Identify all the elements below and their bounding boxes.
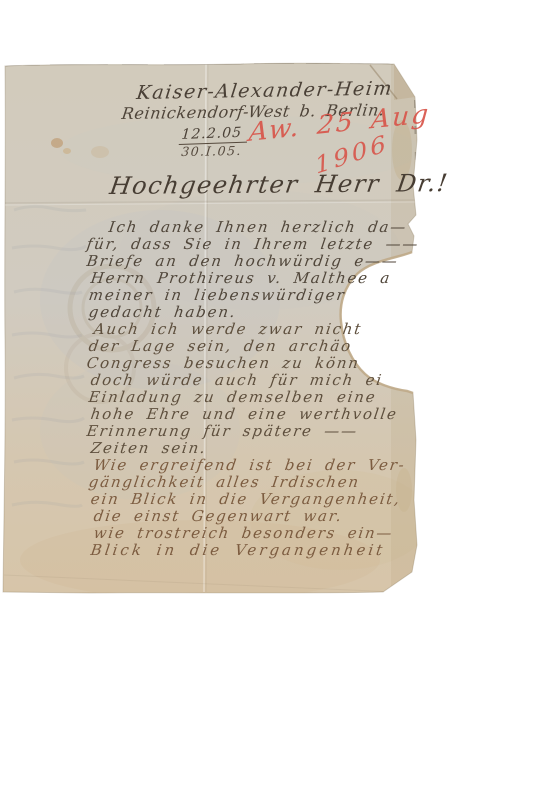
body-line: wie trostreich besonders ein— <box>93 525 421 542</box>
letter-body: Ich danke Ihnen herzlich da— für, dass S… <box>86 219 420 559</box>
body-line: Blick in die Vergangenheit <box>90 542 421 559</box>
header-date-secondary: 30.I.05. <box>181 143 243 159</box>
body-line: gänglichkeit alles Irdischen <box>88 474 421 491</box>
scan-background: Kaiser-Alexander-Heim Reinickendorf-West… <box>0 0 549 800</box>
body-line: Zeiten sein. <box>90 440 421 457</box>
body-line: gedacht haben. <box>88 304 421 321</box>
body-line: meiner in liebenswürdiger <box>88 287 421 304</box>
salutation: Hochgeehrter Herr Dr.! <box>108 169 451 200</box>
stain-spot <box>51 138 63 148</box>
body-line: ein Blick in die Vergangenheit, <box>90 491 421 508</box>
body-line: Einladung zu demselben eine <box>88 389 421 406</box>
body-line: Wie ergreifend ist bei der Ver- <box>93 457 421 474</box>
corner-fold <box>394 64 415 100</box>
body-line: doch würde auch für mich ei <box>90 372 421 389</box>
body-line: Briefe an den hochwürdig e—— <box>86 253 421 270</box>
header-date-primary: 12.2.05 <box>179 125 249 145</box>
body-line: Herrn Prothireus v. Malthee a <box>90 270 421 287</box>
body-line: Ich danke Ihnen herzlich da— <box>108 219 421 236</box>
body-line: die einst Gegenwart war. <box>93 508 421 525</box>
body-line: für, dass Sie in Ihrem letzte —— <box>86 236 421 253</box>
body-line: hohe Ehre und eine werthvolle <box>90 406 421 423</box>
body-line: Erinnerung für spätere —— <box>86 423 421 440</box>
body-line: Auch ich werde zwar nicht <box>93 321 421 338</box>
body-line: der Lage sein, den archäo <box>88 338 421 355</box>
body-line: Congress besuchen zu könn <box>86 355 421 372</box>
